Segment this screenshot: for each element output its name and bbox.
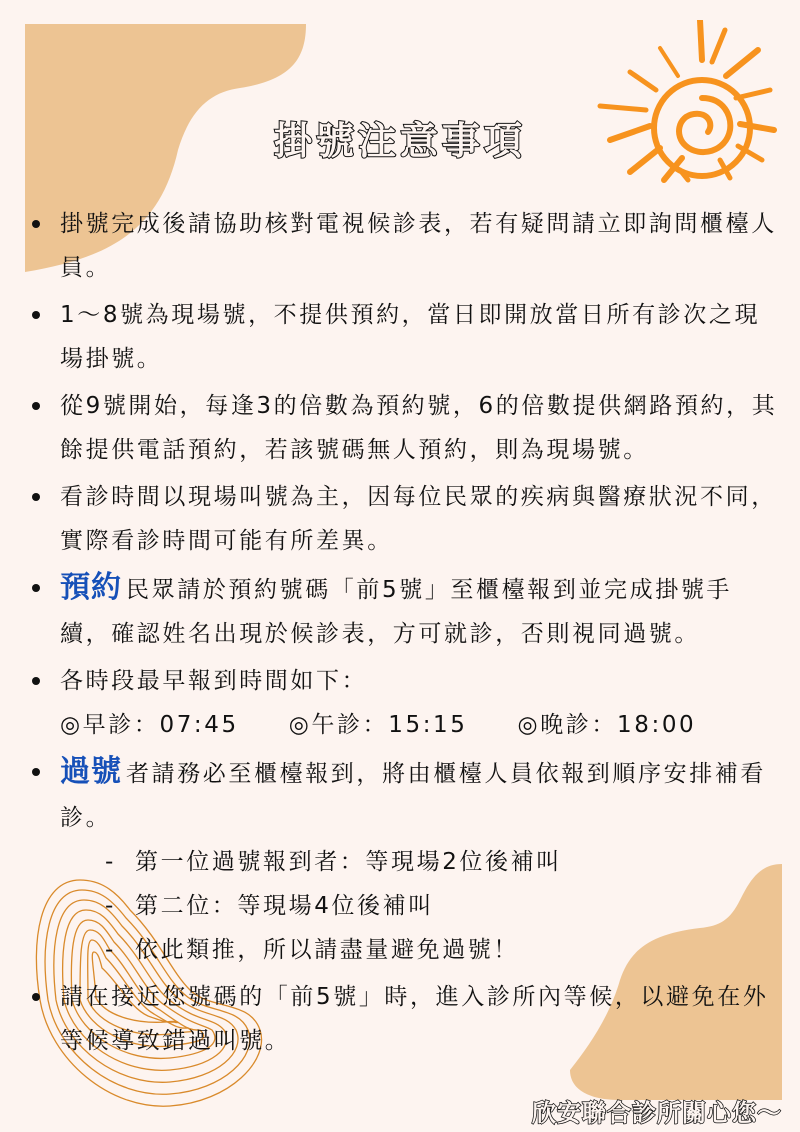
bullet-icon — [32, 311, 40, 319]
highlight-keyword: 預約 — [60, 570, 122, 605]
dash-marker: - — [105, 840, 116, 884]
item-text: 掛號完成後請協助核對電視候診表，若有疑問請立即詢問櫃檯人員。 — [60, 211, 777, 281]
highlight-keyword: 過號 — [60, 754, 122, 789]
item-text: 1～8號為現場號，不提供預約，當日即開放當日所有診次之現場掛號。 — [60, 302, 760, 372]
dash-marker: - — [105, 884, 116, 928]
time-afternoon: ◎午診：15:15 — [289, 703, 468, 747]
checkin-times: ◎早診：07:45 ◎午診：15:15 ◎晚診：18:00 — [60, 703, 780, 747]
sub-item-text: 依此類推，所以請盡量避免過號！ — [135, 937, 519, 963]
page-title: 掛號注意事項 — [0, 110, 800, 165]
footer-signature: 欣安聯合診所關心您～ — [532, 1093, 782, 1128]
bullet-icon — [32, 768, 40, 776]
list-item: 掛號完成後請協助核對電視候診表，若有疑問請立即詢問櫃檯人員。 — [30, 202, 780, 290]
time-evening: ◎晚診：18:00 — [518, 703, 697, 747]
list-item-reservation: 預約民眾請於預約號碼「前5號」至櫃檯報到並完成掛號手續，確認姓名出現於候診表，方… — [30, 566, 780, 656]
sub-list-item: - 第二位：等現場4位後補叫 — [60, 884, 780, 928]
notice-list: 掛號完成後請協助核對電視候診表，若有疑問請立即詢問櫃檯人員。 1～8號為現場號，… — [30, 202, 780, 1066]
bullet-icon — [32, 677, 40, 685]
sub-item-text: 第一位過號報到者：等現場2位後補叫 — [135, 849, 562, 875]
sub-list: - 第一位過號報到者：等現場2位後補叫 - 第二位：等現場4位後補叫 - 依此類… — [60, 840, 780, 972]
time-morning: ◎早診：07:45 — [60, 703, 239, 747]
bullet-icon — [32, 584, 40, 592]
bullet-icon — [32, 493, 40, 501]
dash-marker: - — [105, 928, 116, 972]
list-item: 看診時間以現場叫號為主，因每位民眾的疾病與醫療狀況不同，實際看診時間可能有所差異… — [30, 475, 780, 563]
item-text: 各時段最早報到時間如下： — [60, 668, 367, 694]
list-item: 從9號開始，每逢3的倍數為預約號，6的倍數提供網路預約，其餘提供電話預約，若該號… — [30, 384, 780, 472]
sub-list-item: - 第一位過號報到者：等現場2位後補叫 — [60, 840, 780, 884]
list-item: 請在接近您號碼的「前5號」時，進入診所內等候，以避免在外等候導致錯過叫號。 — [30, 975, 780, 1063]
list-item-checkin-times: 各時段最早報到時間如下： ◎早診：07:45 ◎午診：15:15 ◎晚診：18:… — [30, 659, 780, 747]
list-item-missed-number: 過號者請務必至櫃檯報到，將由櫃檯人員依報到順序安排補看診。 - 第一位過號報到者… — [30, 750, 780, 972]
poster: 掛號注意事項 掛號完成後請協助核對電視候診表，若有疑問請立即詢問櫃檯人員。 1～… — [0, 0, 800, 1132]
item-text: 看診時間以現場叫號為主，因每位民眾的疾病與醫療狀況不同，實際看診時間可能有所差異… — [60, 484, 777, 554]
item-text: 者請務必至櫃檯報到，將由櫃檯人員依報到順序安排補看診。 — [60, 761, 766, 831]
bullet-icon — [32, 993, 40, 1001]
item-text: 從9號開始，每逢3的倍數為預約號，6的倍數提供網路預約，其餘提供電話預約，若該號… — [60, 393, 777, 463]
item-text: 請在接近您號碼的「前5號」時，進入診所內等候，以避免在外等候導致錯過叫號。 — [60, 984, 768, 1054]
sub-list-item: - 依此類推，所以請盡量避免過號！ — [60, 928, 780, 972]
sub-item-text: 第二位：等現場4位後補叫 — [135, 893, 434, 919]
bullet-icon — [32, 220, 40, 228]
item-text: 民眾請於預約號碼「前5號」至櫃檯報到並完成掛號手續，確認姓名出現於候診表，方可就… — [60, 577, 732, 647]
bullet-icon — [32, 402, 40, 410]
list-item: 1～8號為現場號，不提供預約，當日即開放當日所有診次之現場掛號。 — [30, 293, 780, 381]
